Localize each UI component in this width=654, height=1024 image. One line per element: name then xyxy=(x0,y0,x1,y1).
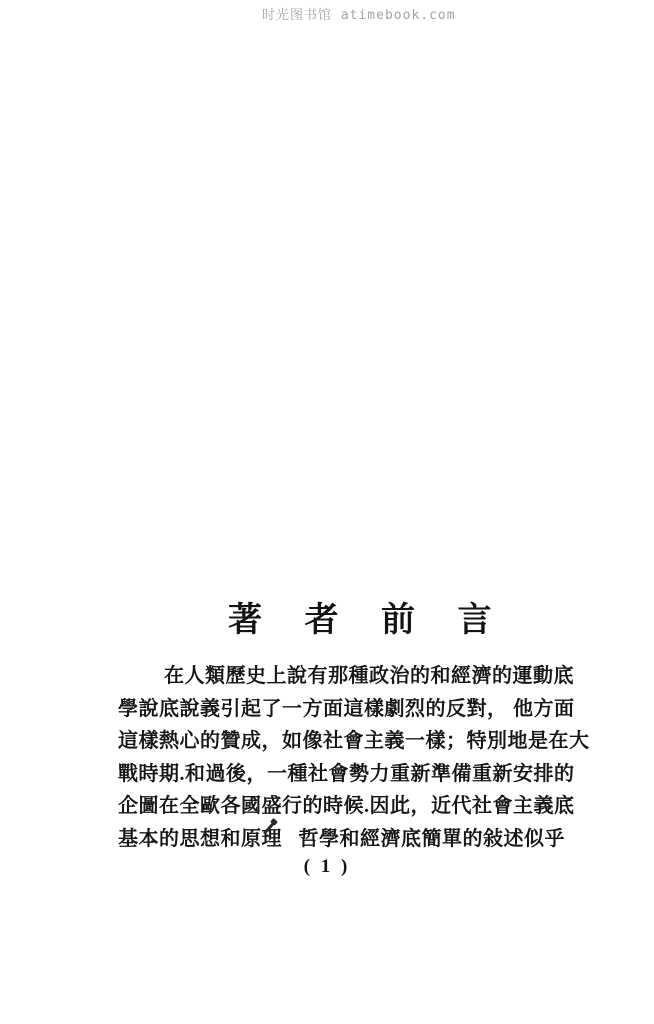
paragraph-line: 這樣熱心的贊成，如像社會主義一樣；特別地是在大 xyxy=(118,725,548,758)
scanned-book-page: 时光图书馆 atimebook.com 著 者 前 言 在人類歷史上說有那種政治… xyxy=(0,0,654,1024)
paragraph-line: 在人類歷史上說有那種政治的和經濟的運動底 xyxy=(118,660,548,693)
paragraph-line: 學說底說義引起了一方面這樣劇烈的反對， 他方面 xyxy=(118,693,548,726)
paragraph-line: 企圖在全歐各國盛行的時候.因此，近代社會主義底 xyxy=(118,790,548,823)
page-title: 著 者 前 言 xyxy=(228,592,504,641)
preface-paragraph: 在人類歷史上說有那種政治的和經濟的運動底 學說底說義引起了一方面這樣劇烈的反對，… xyxy=(118,660,548,855)
page-number: ( 1 ) xyxy=(0,856,654,878)
paragraph-line: 戰時期.和過後，一種社會勢力重新準備重新安排的 xyxy=(118,758,548,791)
library-watermark: 时光图书馆 atimebook.com xyxy=(262,4,456,23)
paragraph-line: 基本的思想和原理 哲學和經濟底簡單的敍述似乎 xyxy=(118,823,548,856)
